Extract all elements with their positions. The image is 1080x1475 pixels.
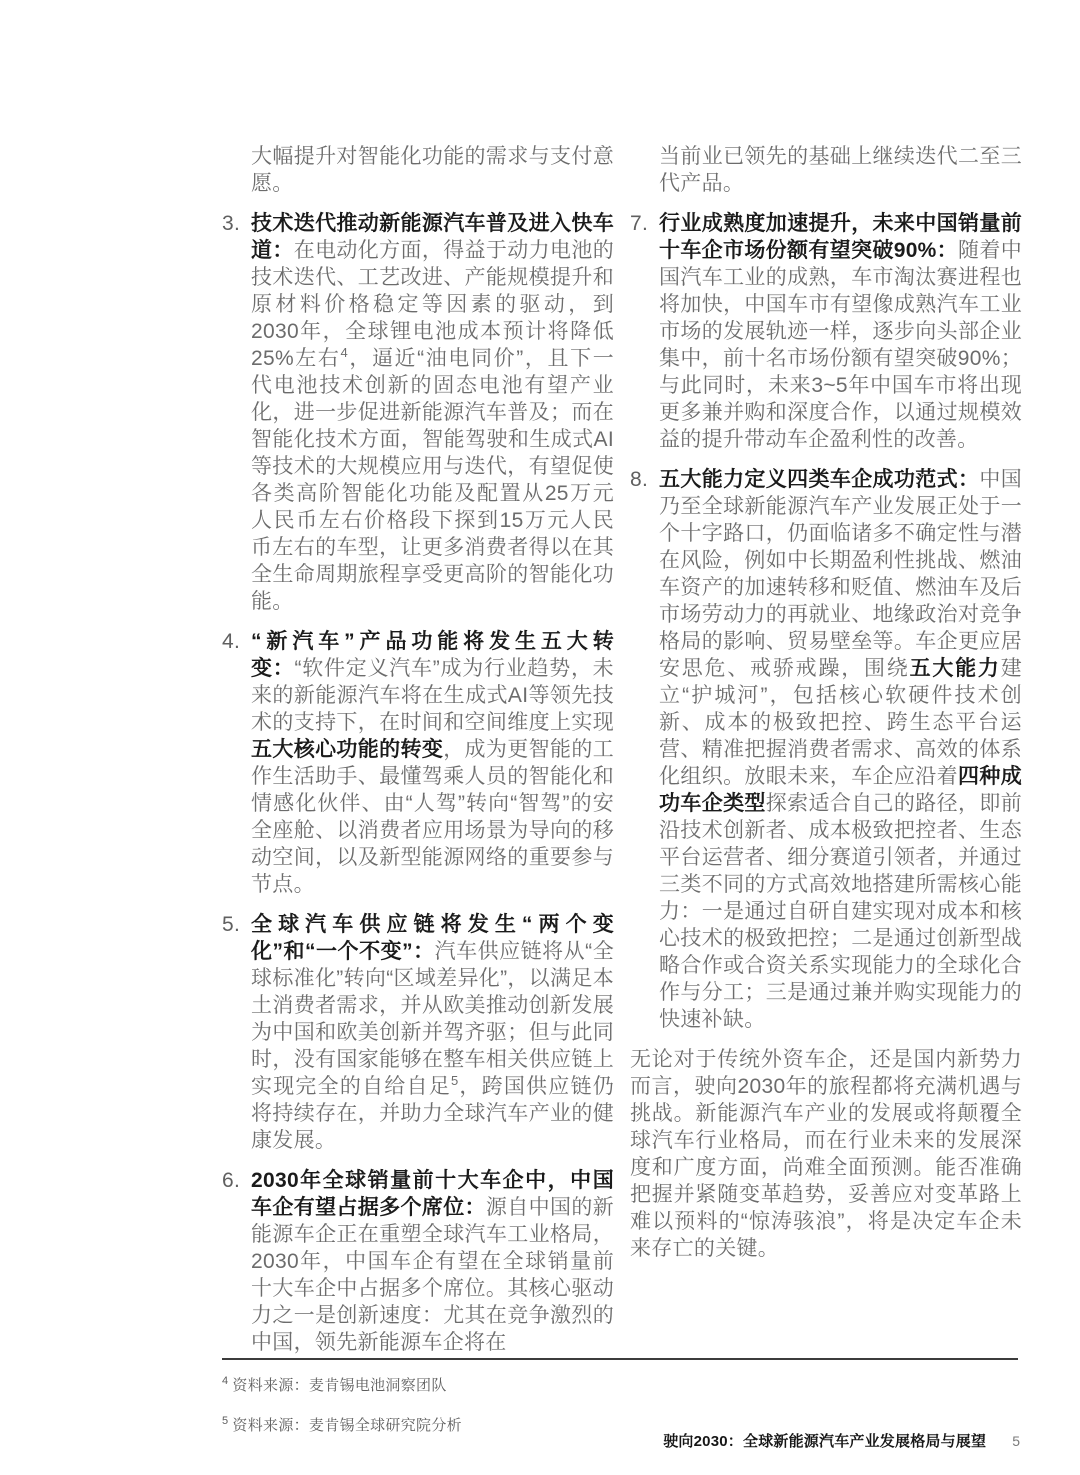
item-number: 8. bbox=[630, 466, 659, 1033]
body-text: 源自中国的新能源车企正在重塑全球汽车工业格局，2030年，中国车企有望在全球销量… bbox=[251, 1196, 614, 1354]
continuation-paragraph: 大幅提升对智能化功能的需求与支付意愿。 bbox=[251, 143, 614, 197]
item-text: “新汽车”产品功能将发生五大转变：“软件定义汽车”成为行业趋势，未来的新能源汽车… bbox=[251, 628, 614, 898]
item-text: 技术迭代推动新能源汽车普及进入快车道：在电动化方面，得益于动力电池的技术迭代、工… bbox=[251, 210, 614, 615]
item-number: 3. bbox=[222, 210, 251, 615]
item-number: 7. bbox=[630, 210, 659, 453]
page-footer: 驶向2030：全球新能源汽车产业发展格局与展望 5 bbox=[663, 1430, 1020, 1451]
body-text: 中国乃至全球新能源汽车产业发展正处于一个十字路口，仍面临诸多不确定性与潜在风险，… bbox=[659, 468, 1022, 680]
continuation-paragraph: 当前业已领先的基础上继续迭代二至三代产品。 bbox=[659, 143, 1022, 197]
footnote: 4资料来源：麦肯锡电池洞察团队 bbox=[222, 1374, 447, 1395]
closing-paragraph: 无论对于传统外资车企，还是国内新势力而言，驶向2030年的旅程都将充满机遇与挑战… bbox=[630, 1046, 1022, 1262]
footer-title: 驶向2030：全球新能源汽车产业发展格局与展望 bbox=[663, 1430, 986, 1451]
footnote-divider bbox=[222, 1358, 1018, 1360]
footnote-ref: 4 bbox=[340, 345, 348, 360]
numbered-item: 6.2030年全球销量前十大车企中，中国车企有望占据多个席位：源自中国的新能源车… bbox=[222, 1167, 614, 1356]
footnote-marker: 5 bbox=[222, 1415, 228, 1427]
bold-text: 五大核心功能的转变 bbox=[251, 738, 443, 761]
body-text: ，逼近“油电同价”，且下一代电池技术创新的固态电池有望产业化，进一步促进新能源汽… bbox=[251, 347, 614, 613]
body-text: “软件定义汽车”成为行业趋势，未来的新能源汽车将在生成式AI等领先技术的支持下，… bbox=[251, 657, 614, 734]
page-number: 5 bbox=[1012, 1433, 1020, 1449]
numbered-item: 7.行业成熟度加速提升，未来中国销量前十车企市场份额有望突破90%：随着中国汽车… bbox=[630, 210, 1022, 453]
item-number: 4. bbox=[222, 628, 251, 898]
numbered-item: 4.“新汽车”产品功能将发生五大转变：“软件定义汽车”成为行业趋势，未来的新能源… bbox=[222, 628, 614, 898]
body-text: 探索适合自己的路径，即前沿技术创新者、成本极致把控者、生态平台运营者、细分赛道引… bbox=[659, 792, 1022, 1031]
numbered-item: 5.全球汽车供应链将发生“两个变化”和“一个不变”：汽车供应链将从“全球标准化”… bbox=[222, 911, 614, 1154]
column-right: 当前业已领先的基础上继续迭代二至三代产品。7.行业成熟度加速提升，未来中国销量前… bbox=[630, 143, 1022, 1275]
item-text: 五大能力定义四类车企成功范式：中国乃至全球新能源汽车产业发展正处于一个十字路口，… bbox=[659, 466, 1022, 1033]
numbered-item: 8.五大能力定义四类车企成功范式：中国乃至全球新能源汽车产业发展正处于一个十字路… bbox=[630, 466, 1022, 1033]
body-text: 随着中国汽车工业的成熟，车市淘汰赛进程也将加快，中国车市有望像成熟汽车工业市场的… bbox=[659, 239, 1022, 451]
numbered-item: 3.技术迭代推动新能源汽车普及进入快车道：在电动化方面，得益于动力电池的技术迭代… bbox=[222, 210, 614, 615]
bold-text: 五大能力定义四类车企成功范式： bbox=[659, 468, 979, 491]
body-text: ，成为更智能的工作生活助手、最懂驾乘人员的智能化和情感化伙伴、由“人驾”转向“智… bbox=[251, 738, 614, 896]
item-text: 2030年全球销量前十大车企中，中国车企有望占据多个席位：源自中国的新能源车企正… bbox=[251, 1167, 614, 1356]
column-left: 大幅提升对智能化功能的需求与支付意愿。3.技术迭代推动新能源汽车普及进入快车道：… bbox=[222, 143, 614, 1369]
footnote-marker: 4 bbox=[222, 1375, 228, 1387]
body-text: 大幅提升对智能化功能的需求与支付意愿。 bbox=[251, 145, 614, 195]
item-number: 6. bbox=[222, 1167, 251, 1356]
bold-text: 五大能力 bbox=[910, 657, 1001, 680]
body-text: 当前业已领先的基础上继续迭代二至三代产品。 bbox=[659, 145, 1022, 195]
item-number: 5. bbox=[222, 911, 251, 1154]
body-text: 无论对于传统外资车企，还是国内新势力而言，驶向2030年的旅程都将充满机遇与挑战… bbox=[630, 1048, 1022, 1260]
footnote: 5资料来源：麦肯锡全球研究院分析 bbox=[222, 1414, 462, 1435]
footnote-text: 资料来源：麦肯锡全球研究院分析 bbox=[232, 1417, 462, 1434]
item-text: 行业成熟度加速提升，未来中国销量前十车企市场份额有望突破90%：随着中国汽车工业… bbox=[659, 210, 1022, 453]
item-text: 全球汽车供应链将发生“两个变化”和“一个不变”：汽车供应链将从“全球标准化”转向… bbox=[251, 911, 614, 1154]
footnote-text: 资料来源：麦肯锡电池洞察团队 bbox=[232, 1377, 446, 1394]
document-page: 大幅提升对智能化功能的需求与支付意愿。3.技术迭代推动新能源汽车普及进入快车道：… bbox=[0, 0, 1080, 1475]
